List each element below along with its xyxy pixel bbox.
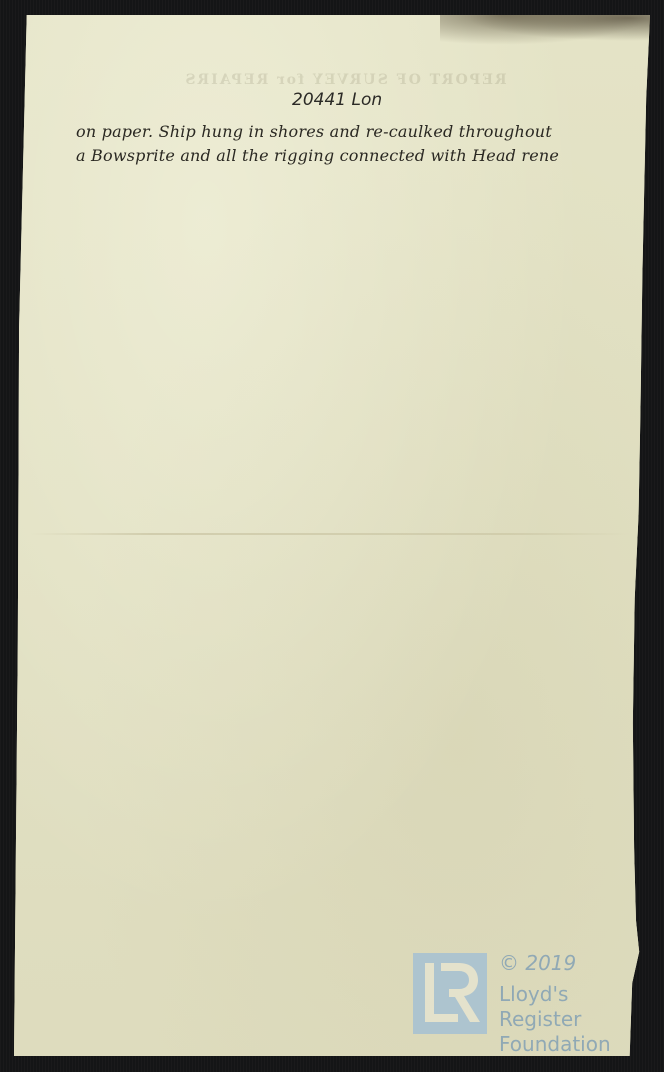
- organization-line-1: Lloyd's Register: [499, 982, 653, 1032]
- lr-logo-icon: [413, 953, 487, 1034]
- handwritten-line-1: on paper. Ship hung in shores and re-cau…: [76, 122, 656, 141]
- reference-number: 20441 Lon: [292, 90, 382, 110]
- lloyds-register-watermark: © 2019 Lloyd's Register Foundation: [413, 953, 653, 1037]
- organization-line-2: Foundation: [499, 1032, 653, 1057]
- copyright-text: © 2019: [499, 951, 576, 975]
- organization-name: Lloyd's Register Foundation: [499, 982, 653, 1057]
- handwritten-line-2: a Bowsprite and all the rigging connecte…: [76, 146, 656, 165]
- fold-line: [30, 533, 630, 535]
- document-page: [14, 15, 650, 1056]
- bleed-through-heading: REPORT OF SURVEY for REPAIRS: [95, 72, 595, 88]
